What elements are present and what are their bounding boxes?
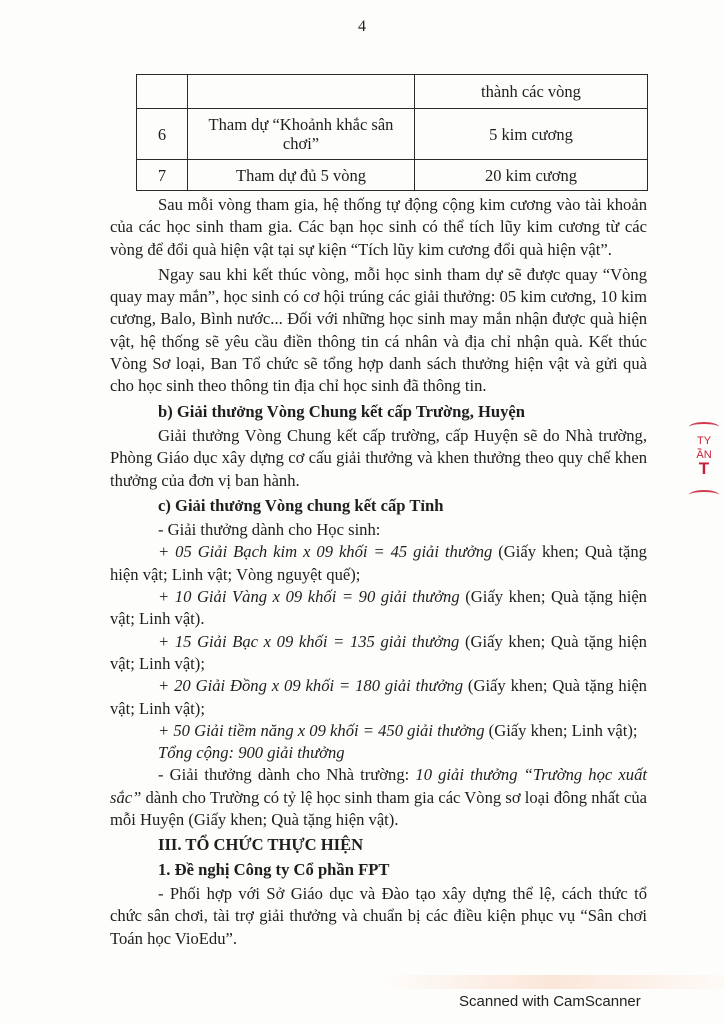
cell-activity: Tham dự đủ 5 vòng <box>188 160 415 191</box>
award-count: + 05 Giải Bạch kim x 09 khối = 45 giải t… <box>158 542 492 561</box>
paragraph-fpt: - Phối hợp với Sở Giáo dục và Đào tạo xâ… <box>110 883 647 950</box>
award-item: + 20 Giải Đồng x 09 khối = 180 giải thưở… <box>110 675 647 720</box>
table-row: thành các vòng <box>137 75 648 109</box>
page-number: 4 <box>0 18 724 36</box>
award-item: + 15 Giải Bạc x 09 khối = 135 giải thưởn… <box>110 631 647 676</box>
cell-activity <box>188 75 415 109</box>
school-award: - Giải thưởng dành cho Nhà trường: 10 gi… <box>110 764 647 831</box>
award-detail: (Giấy khen; Linh vật); <box>485 721 638 740</box>
paragraph-lucky-wheel: Ngay sau khi kết thúc vòng, mỗi học sinh… <box>110 264 647 398</box>
cell-activity: Tham dự “Khoảnh khắc sân chơi” <box>188 109 415 160</box>
cell-reward: 20 kim cương <box>415 160 648 191</box>
scan-tint <box>380 975 724 989</box>
stamp-arc-icon <box>689 422 719 432</box>
stamp-arc-icon <box>689 490 719 500</box>
total-text: Tổng cộng: 900 giải thưởng <box>158 743 345 762</box>
award-item: + 05 Giải Bạch kim x 09 khối = 45 giải t… <box>110 541 647 586</box>
award-count: + 10 Giải Vàng x 09 khối = 90 giải thưởn… <box>158 587 460 606</box>
cell-no: 6 <box>137 109 188 160</box>
award-count: + 20 Giải Đồng x 09 khối = 180 giải thưở… <box>158 676 463 695</box>
award-item: + 50 Giải tiềm năng x 09 khối = 450 giải… <box>110 720 647 742</box>
cell-reward: thành các vòng <box>415 75 648 109</box>
school-award-detail: dành cho Trường có tỷ lệ học sinh tham g… <box>110 788 647 829</box>
heading-b: b) Giải thưởng Vòng Chung kết cấp Trường… <box>110 401 647 423</box>
cell-no <box>137 75 188 109</box>
paragraph-school-district: Giải thưởng Vòng Chung kết cấp trường, c… <box>110 425 647 492</box>
students-intro: - Giải thưởng dành cho Học sinh: <box>110 519 647 541</box>
paragraph-diamonds: Sau mỗi vòng tham gia, hệ thống tự động … <box>110 194 647 261</box>
table-row: 7 Tham dự đủ 5 vòng 20 kim cương <box>137 160 648 191</box>
cell-no: 7 <box>137 160 188 191</box>
award-count: + 15 Giải Bạc x 09 khối = 135 giải thưởn… <box>158 632 459 651</box>
cell-reward: 5 kim cương <box>415 109 648 160</box>
heading-c: c) Giải thưởng Vòng chung kết cấp Tỉnh <box>110 495 647 517</box>
heading-1: 1. Đề nghị Công ty Cổ phần FPT <box>110 859 647 881</box>
heading-iii: III. TỔ CHỨC THỰC HIỆN <box>110 834 647 856</box>
document-body: Sau mỗi vòng tham gia, hệ thống tự động … <box>110 194 647 950</box>
stamp-text: TY <box>684 434 724 448</box>
camscanner-watermark: Scanned with CamScanner <box>459 993 641 1010</box>
award-count: + 50 Giải tiềm năng x 09 khối = 450 giải… <box>158 721 485 740</box>
award-item: + 10 Giải Vàng x 09 khối = 90 giải thưởn… <box>110 586 647 631</box>
table-row: 6 Tham dự “Khoảnh khắc sân chơi” 5 kim c… <box>137 109 648 160</box>
reward-table: thành các vòng 6 Tham dự “Khoảnh khắc sâ… <box>136 74 648 191</box>
total-awards: Tổng cộng: 900 giải thưởng <box>110 742 647 764</box>
red-stamp: TY ẦN T <box>684 420 724 502</box>
school-award-prefix: - Giải thưởng dành cho Nhà trường: <box>158 765 415 784</box>
stamp-text: T <box>684 462 724 476</box>
